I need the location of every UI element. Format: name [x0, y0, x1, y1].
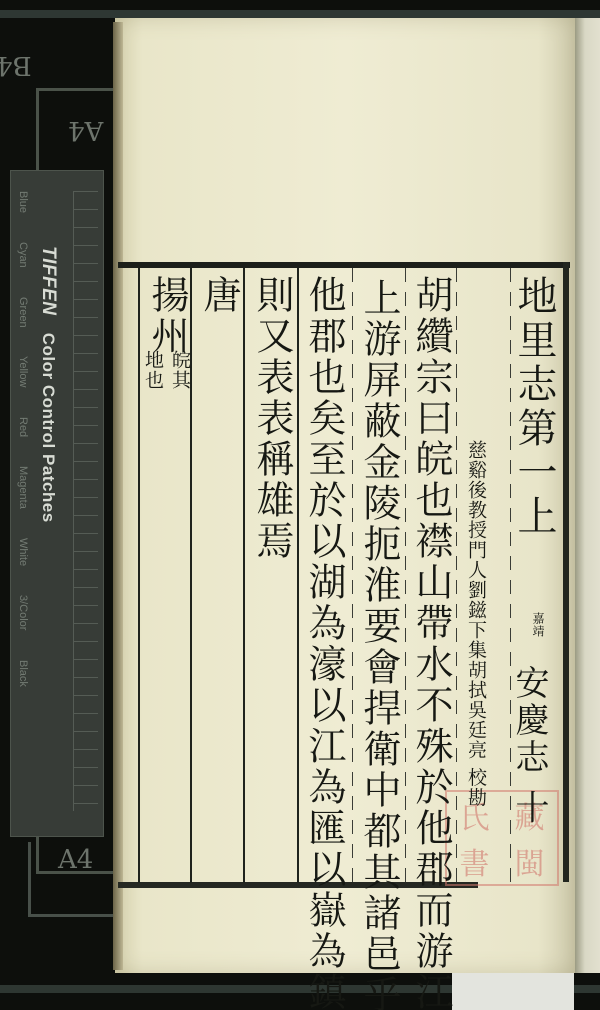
border-top	[118, 262, 570, 268]
chapter-title: 地里志第一上	[514, 275, 554, 539]
color-strip-caption: Color Control Patches	[39, 333, 58, 523]
column-divider	[243, 268, 245, 883]
volume-prefix: 嘉靖	[532, 612, 544, 638]
page-left-edge	[113, 22, 123, 970]
patch-label: Blue	[17, 191, 29, 213]
volume-label: 安慶志 十	[512, 665, 546, 827]
compiler-line: 慈谿後教授門人劉鎡下集胡拭吳廷亮 校勘	[466, 440, 485, 807]
seal-char: 閩	[515, 839, 545, 883]
patch-label: Magenta	[17, 466, 29, 509]
entry-note: 皖其	[170, 350, 189, 390]
patch-label: White	[17, 538, 29, 566]
entry-heading: 揚州	[148, 275, 186, 357]
page-tab	[452, 972, 574, 1010]
dynasty-heading: 唐	[200, 275, 238, 316]
text-column: 則又表表稱雄焉	[253, 275, 291, 562]
size-label-a4-top: A4	[68, 115, 103, 145]
patch-label: 3/Color	[17, 595, 29, 630]
patch-label: Green	[17, 297, 29, 328]
text-column: 上游屏蔽金陵扼淮要會捍衛中都其諸邑乎	[360, 278, 398, 1010]
column-divider	[138, 268, 140, 883]
tiffen-logo: TIFFEN	[38, 246, 59, 316]
color-control-strip: Blue Cyan Green Yellow Red Magenta White…	[10, 170, 104, 837]
column-divider-dashed	[405, 268, 406, 883]
size-label-b4: B4	[0, 50, 32, 80]
entry-note: 地也	[143, 350, 162, 390]
next-page-edge	[575, 18, 600, 973]
patch-label: Black	[17, 660, 29, 687]
patch-label: Cyan	[17, 242, 29, 268]
border-right	[563, 262, 569, 882]
text-column: 他郡也矣至於以湖為濠以江為匯以嶽為鎮	[305, 275, 343, 1010]
patch-label: Red	[17, 417, 29, 437]
column-divider-dashed	[352, 268, 353, 883]
scan-bed-top-bar	[0, 10, 600, 18]
column-divider	[297, 268, 299, 883]
size-label-a4-bottom: A4	[58, 845, 93, 875]
seal-char: 書	[460, 839, 490, 883]
patch-label: Yellow	[17, 356, 29, 387]
color-strip-title: TIFFEN Color Control Patches	[37, 246, 59, 523]
text-column: 胡纘宗曰皖也襟山帶水不殊於他郡而游江	[412, 275, 450, 1010]
patch-labels: Blue Cyan Green Yellow Red Magenta White…	[17, 191, 29, 713]
ruler-scale	[73, 191, 98, 811]
